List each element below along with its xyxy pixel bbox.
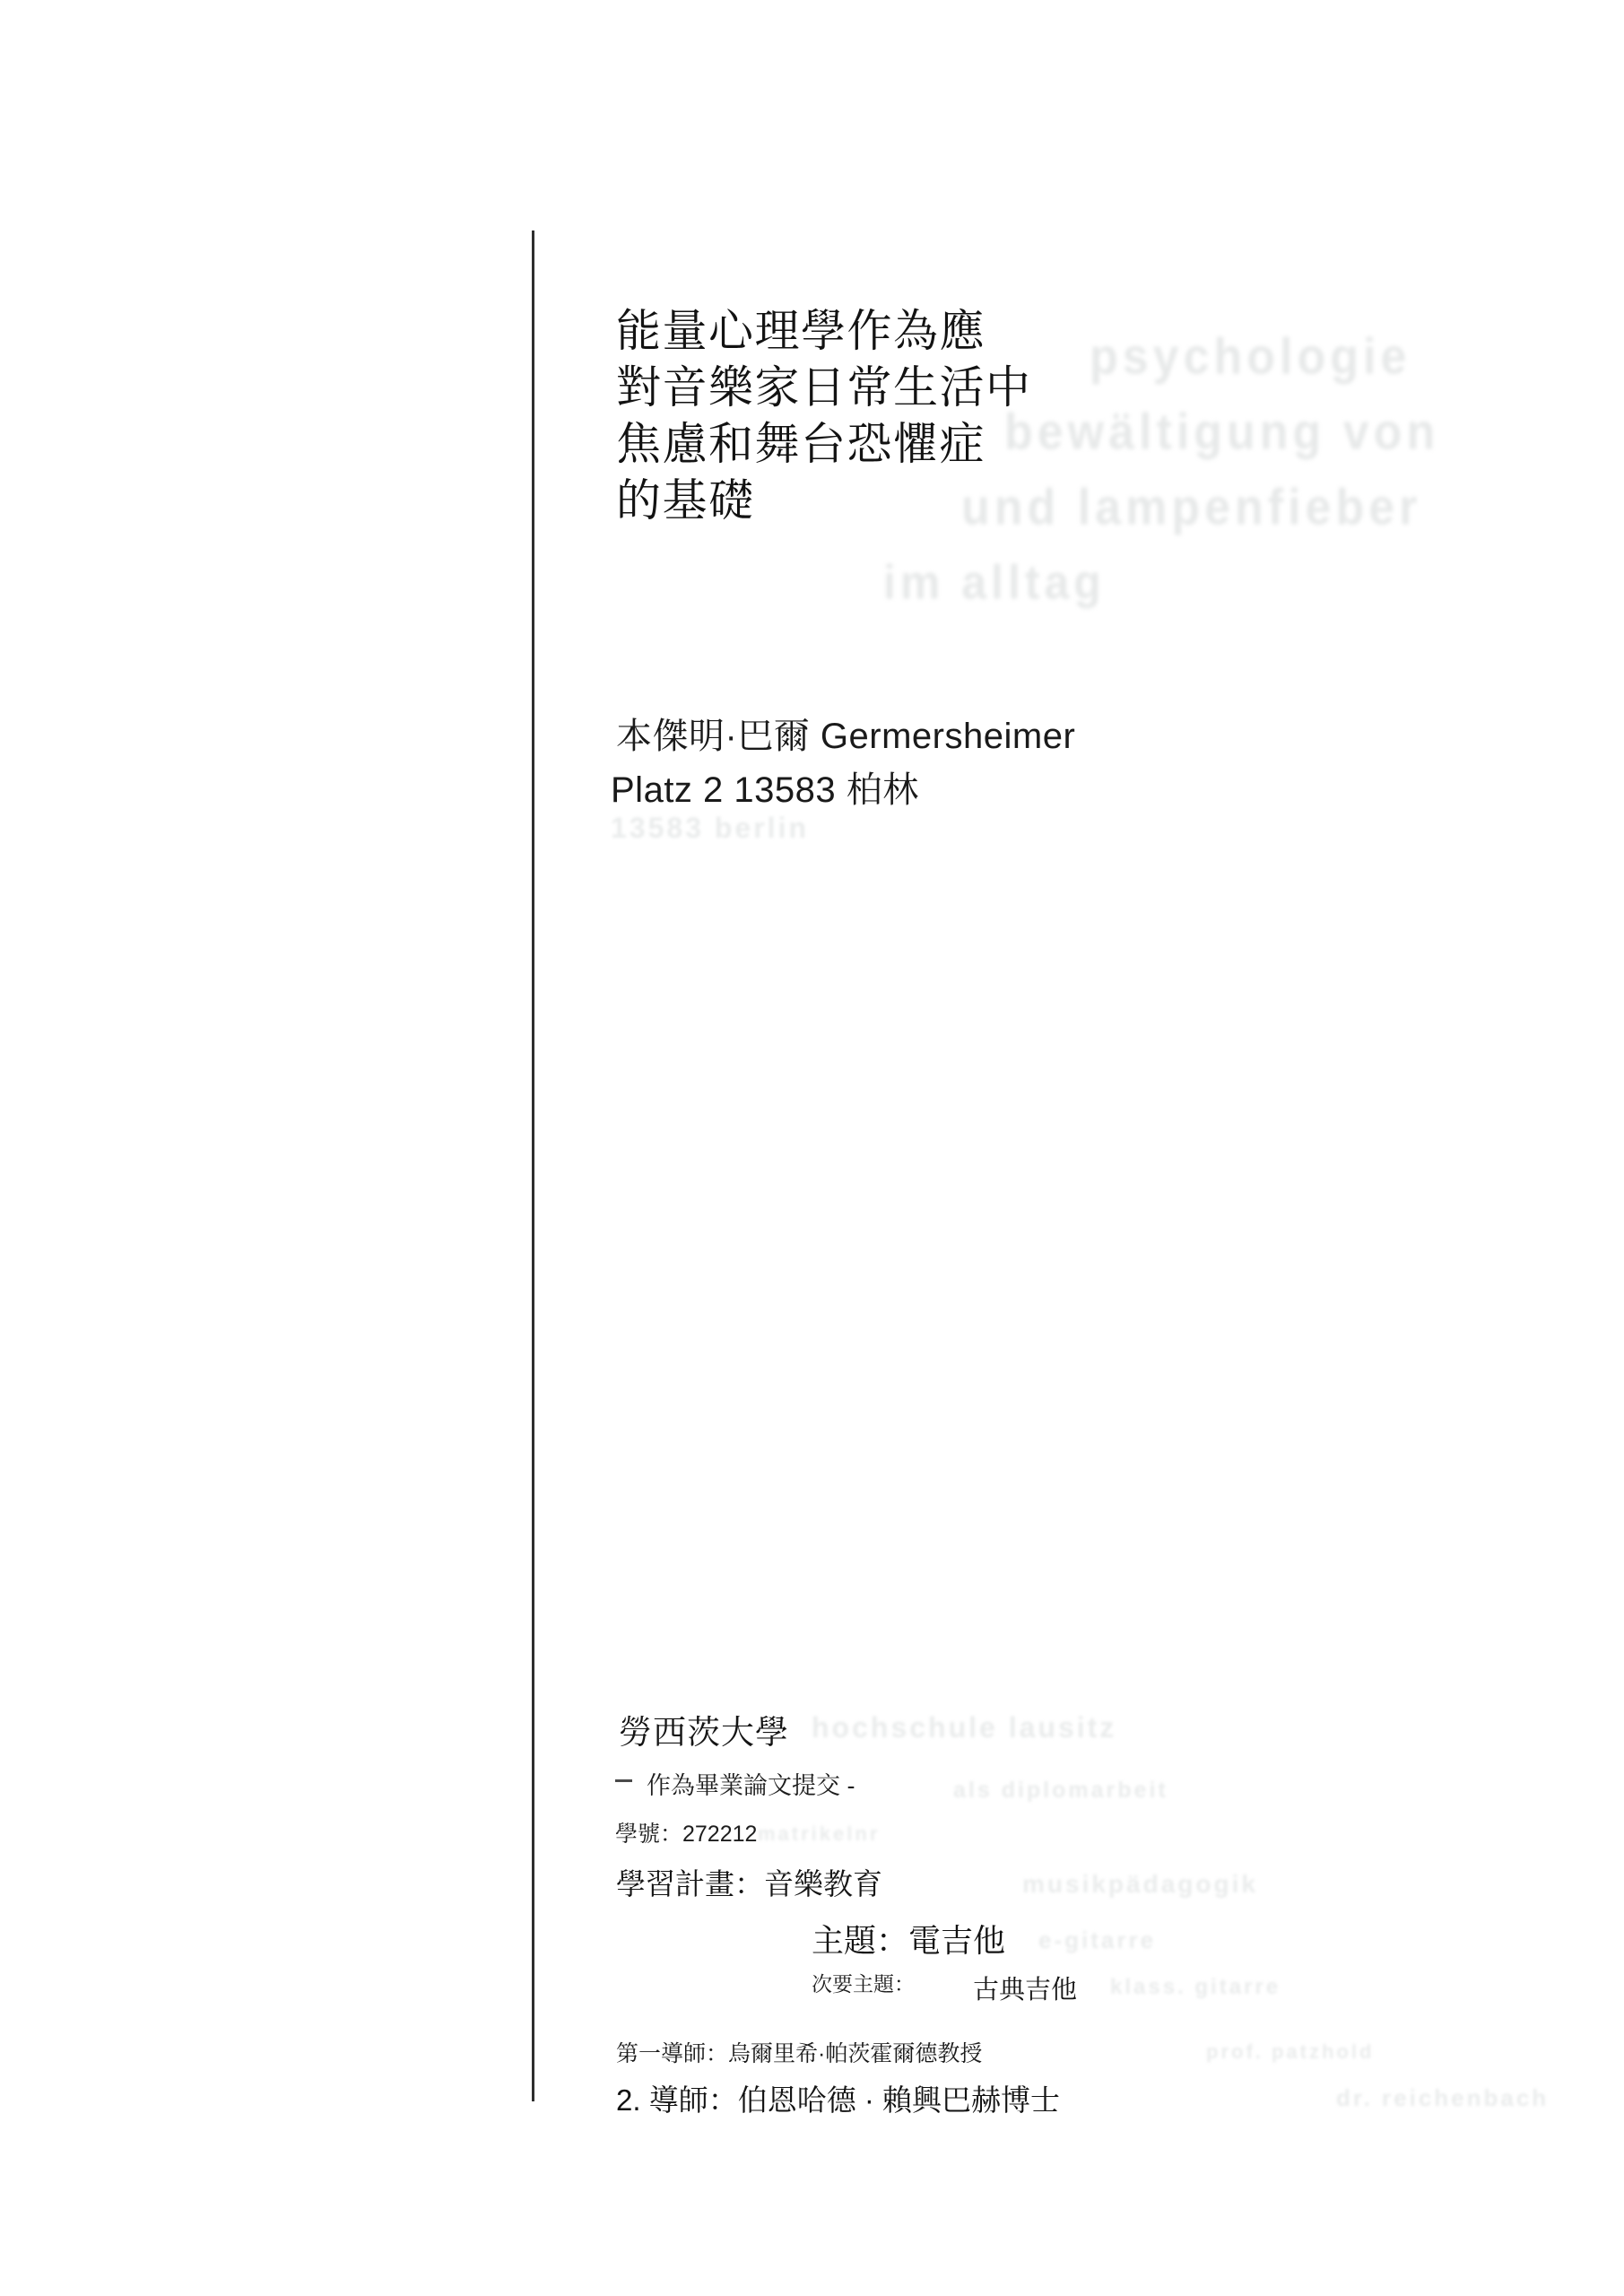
second-supervisor: 2. 導師：伯恩哈德 · 賴興巴赫博士 [616, 2077, 1060, 2119]
ghost-text-student-id: matrikelnr [758, 1822, 880, 1846]
thesis-title-line-2: 對音樂家日常生活中 [616, 360, 1032, 416]
thesis-title-line-4: 的基礎 [616, 473, 1032, 529]
main-subject: 主題：電吉他 [812, 1916, 1005, 1961]
ghost-text-first-supervisor: prof. patzhold [1206, 2040, 1374, 2064]
minor-subject-label: 次要主題： [812, 1968, 915, 1997]
ghost-text-address: 13583 berlin [611, 812, 809, 845]
student-id: 學號：272212 [615, 1816, 757, 1848]
author-address: Platz 2 13583 柏林 [611, 761, 919, 813]
ghost-text-main-subject: e-gitarre [1038, 1926, 1156, 1954]
study-program: 學習計畫：音樂教育 [616, 1861, 882, 1903]
minor-subject-value: 古典吉他 [973, 1970, 1077, 2006]
scanned-thesis-title-page: psychologie bewältigung von und lampenfi… [0, 0, 1624, 2296]
ghost-text-second-supervisor: dr. reichenbach [1336, 2084, 1549, 2112]
university-name: 勞西茨大學 [619, 1705, 789, 1753]
thesis-title: 能量心理學作為應 對音樂家日常生活中 焦慮和舞台恐懼症 的基礎 [616, 303, 1032, 529]
author-name: 本傑明·巴爾 Germersheimer [616, 708, 1075, 759]
dash-mark [615, 1779, 632, 1782]
ghost-text-minor-subject: klass. gitarre [1110, 1975, 1281, 2000]
first-supervisor: 第一導師：烏爾里希·帕茨霍爾德教授 [616, 2036, 982, 2068]
thesis-title-line-3: 焦慮和舞台恐懼症 [616, 416, 1032, 473]
ghost-text-title-line-4: im alltag [883, 554, 1106, 611]
submission-note: 作為畢業論文提交 - [647, 1766, 855, 1801]
thesis-title-line-1: 能量心理學作為應 [616, 303, 1032, 360]
left-margin-rule [532, 230, 534, 2101]
ghost-text-title-line-1: psychologie [1090, 328, 1411, 387]
ghost-text-title-line-2: bewältigung von [1004, 404, 1439, 462]
ghost-text-submission: als diplomarbeit [953, 1778, 1168, 1804]
ghost-text-university: hochschule lausitz [812, 1711, 1116, 1744]
ghost-text-study-program: musikpädagogik [1022, 1870, 1258, 1899]
